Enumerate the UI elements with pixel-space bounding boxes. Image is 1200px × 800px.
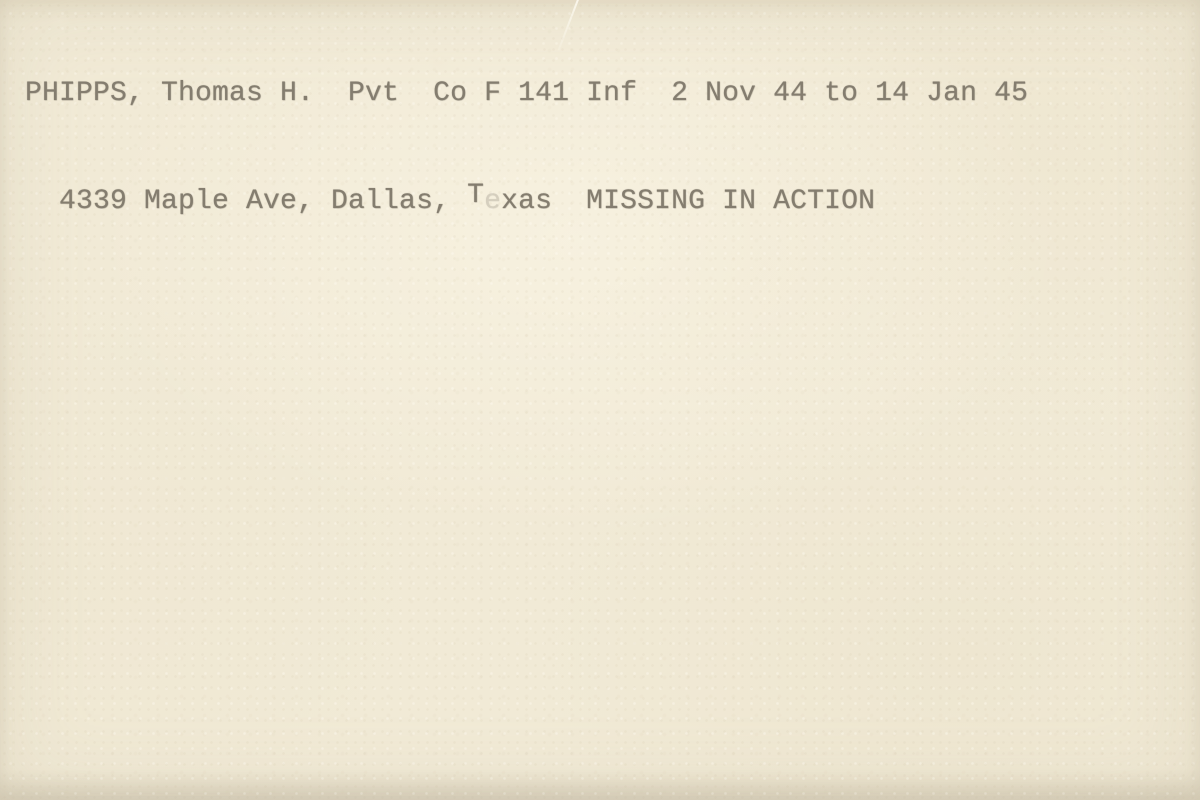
card-line-address-status: 4339 Maple Ave, Dallas, Texas MISSING IN… [25, 184, 1028, 220]
faded-typewriter-char: e [484, 186, 501, 217]
typewritten-text-block: PHIPPS, Thomas H. Pvt Co F 141 Inf 2 Nov… [25, 4, 1028, 292]
scanned-index-card: PHIPPS, Thomas H. Pvt Co F 141 Inf 2 Nov… [0, 0, 1200, 800]
address-text: 4339 Maple Ave, Dallas, [25, 186, 467, 217]
card-line-service-record: PHIPPS, Thomas H. Pvt Co F 141 Inf 2 Nov… [25, 76, 1028, 112]
raised-typewriter-char: T [467, 178, 484, 214]
status-text: xas MISSING IN ACTION [501, 186, 875, 217]
